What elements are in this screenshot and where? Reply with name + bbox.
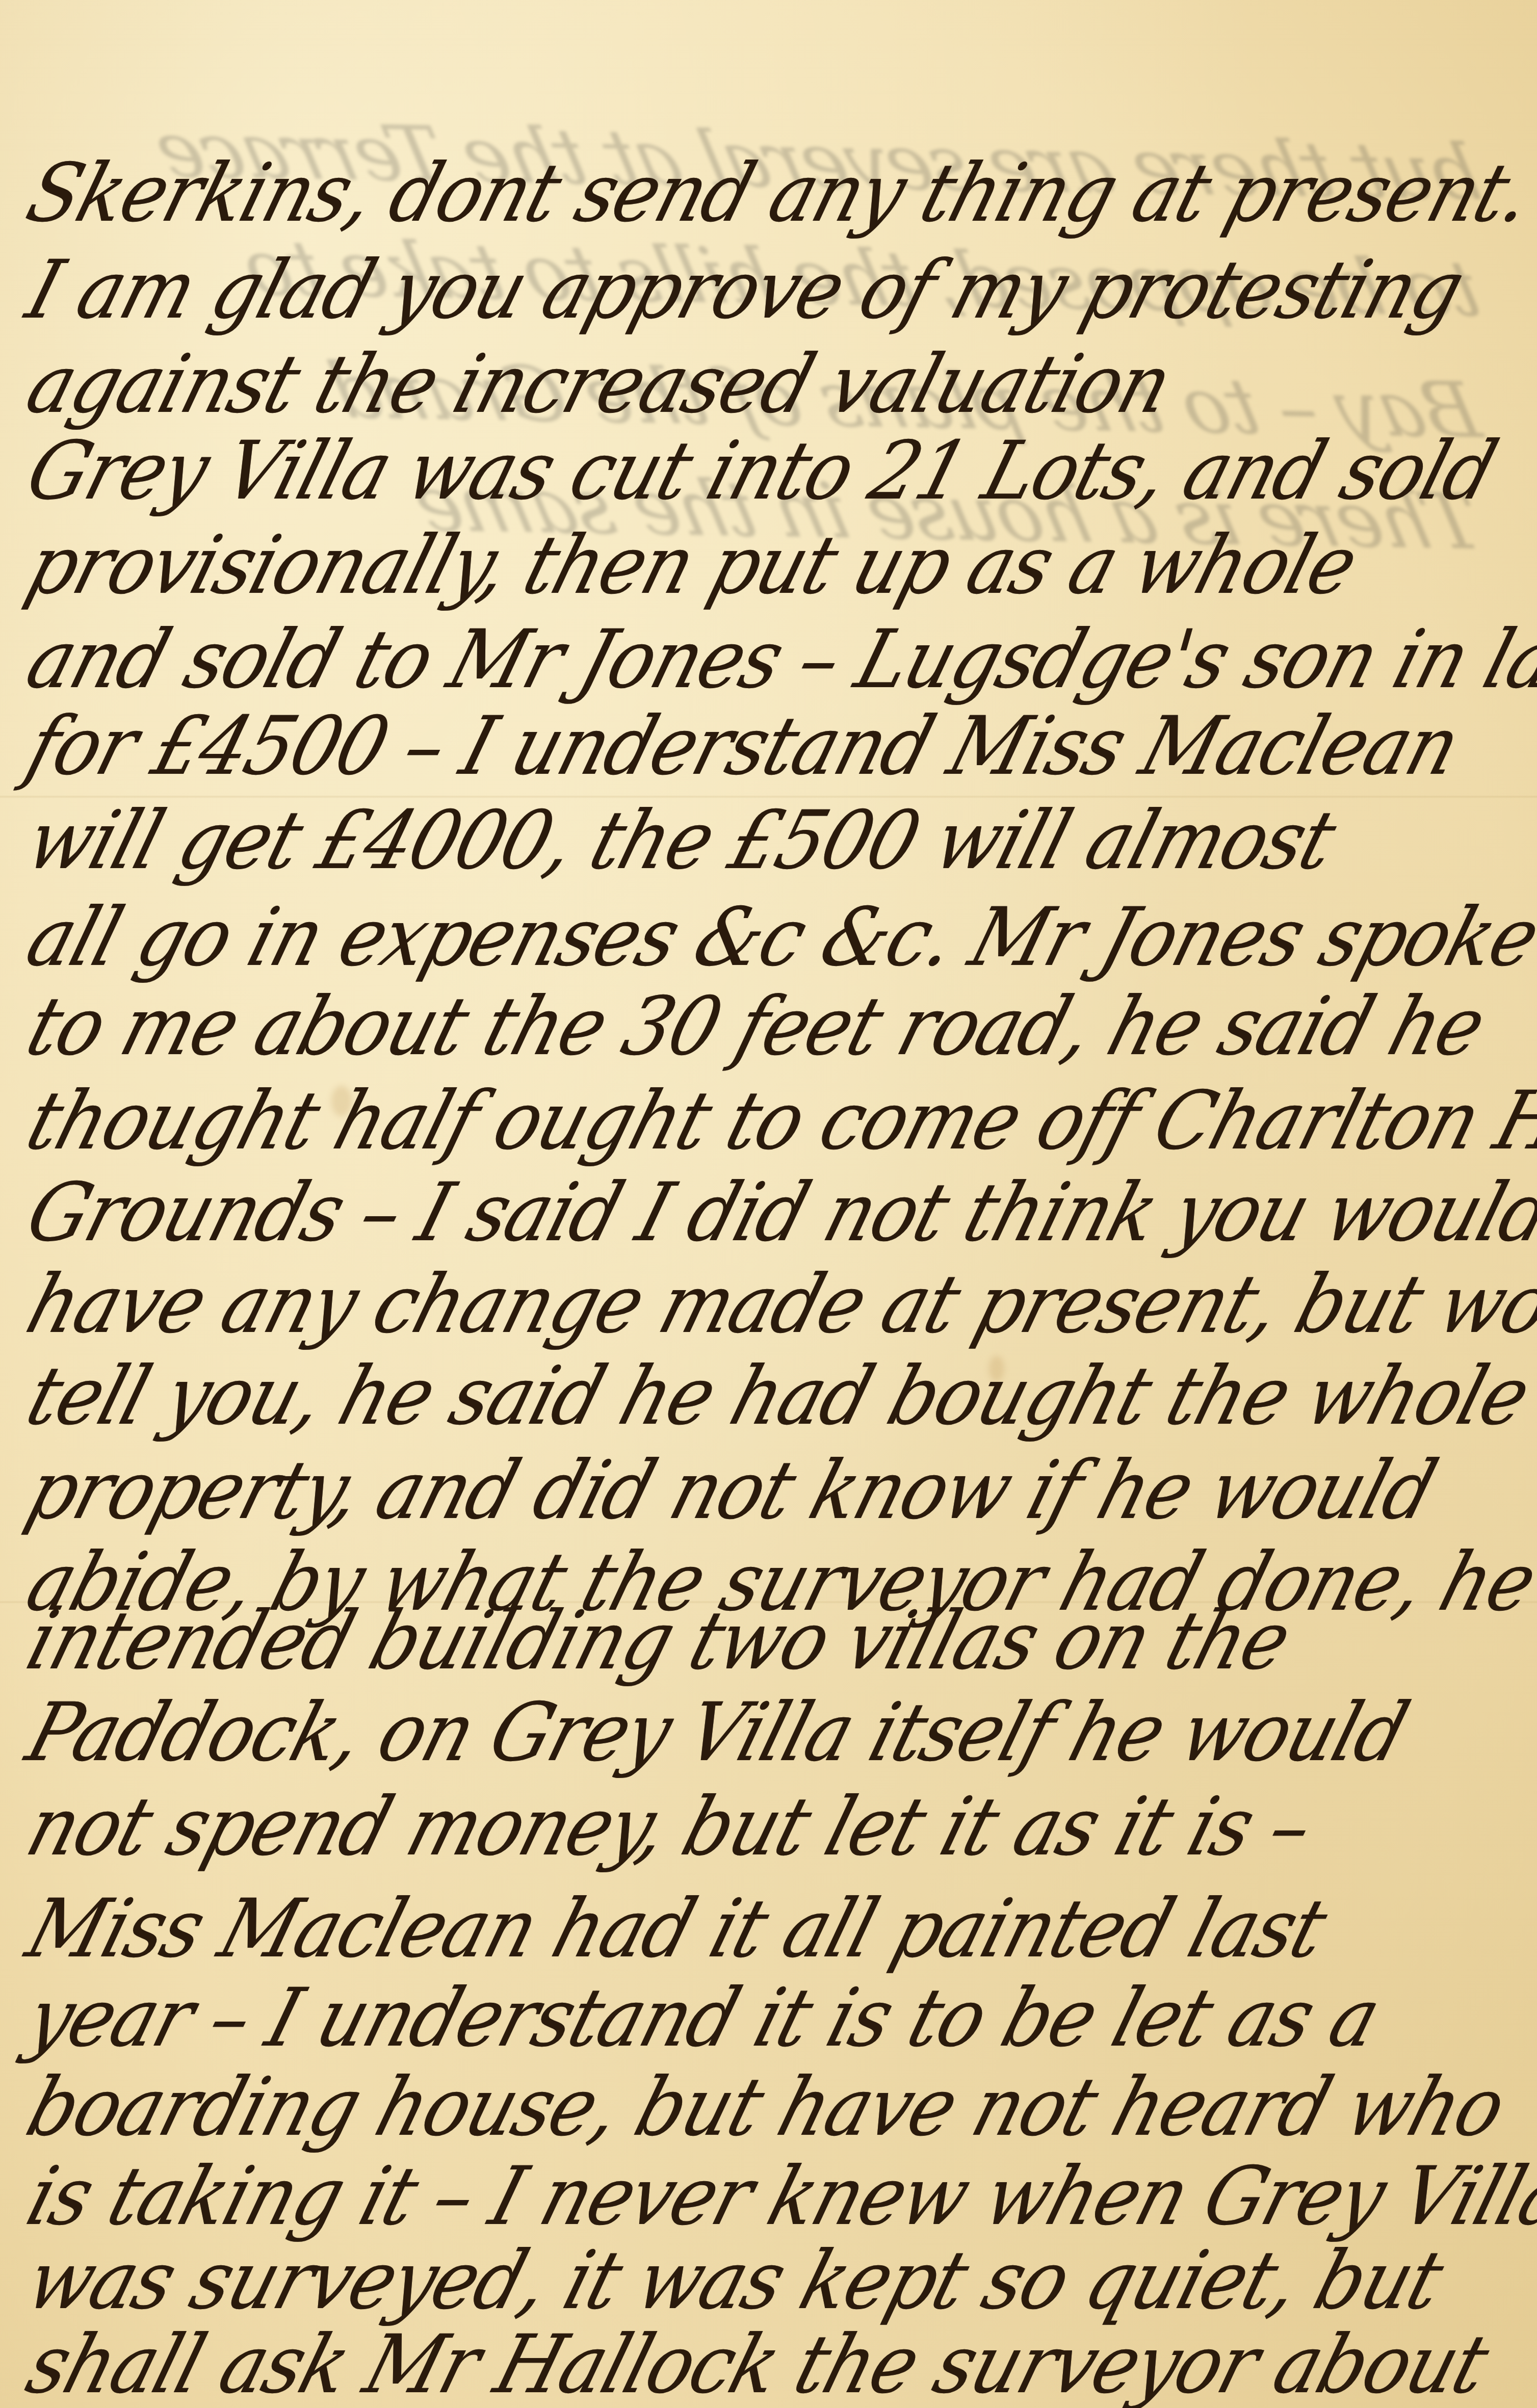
- letter-line: tell you, he said he had bought the whol…: [19, 1356, 1536, 1436]
- letter-line: Paddock, on Grey Villa itself he would: [19, 1692, 1415, 1773]
- letter-line: boarding house, but have not heard who: [19, 2067, 1513, 2148]
- letter-line: for £4500 – I understand Miss Maclean: [19, 706, 1467, 787]
- letter-line: Grey Villa was cut into 21 Lots, and sol…: [19, 431, 1503, 511]
- letter-line: thought half ought to come off Charlton …: [19, 1081, 1537, 1161]
- letter-line: is taking it – I never knew when Grey Vi…: [19, 2156, 1537, 2237]
- letter-line: I am glad you approve of my protesting: [19, 250, 1471, 330]
- letter-line: and sold to Mr Jones – Lugsdge's son in …: [19, 619, 1537, 700]
- letter-line: Miss Maclean had it all painted last: [19, 1889, 1334, 1969]
- letter-line: to me about the 30 feet road, he said he: [19, 986, 1492, 1067]
- letter-line: have any change made at present, but wou…: [19, 1264, 1537, 1345]
- letter-line: intended building two villas on the: [19, 1601, 1297, 1681]
- letter-line: will get £4000, the £500 will almost: [19, 800, 1343, 881]
- letter-line: against the increased valuation: [19, 344, 1179, 425]
- letter-body: Skerkins, dont send any thing at present…: [0, 0, 1537, 2408]
- letter-line: Skerkins, dont send any thing at present…: [19, 153, 1537, 233]
- letter-line: all go in expenses &c &c. Mr Jones spoke: [19, 897, 1537, 978]
- letter-line: shall ask Mr Hallock the surveyor about: [19, 2324, 1495, 2405]
- letter-line: provisionally, then put up as a whole: [19, 525, 1364, 606]
- letter-line: property, and did not know if he would: [19, 1450, 1443, 1531]
- letter-line: year – I understand it is to be let as a: [19, 1978, 1387, 2058]
- letter-line: not spend money, but let it as it is –: [19, 1787, 1319, 1867]
- letter-line: was surveyed, it was kept so quiet, but: [19, 2240, 1450, 2321]
- letter-line: Grounds – I said I did not think you wou…: [19, 1172, 1537, 1253]
- letter-page: but there are several at the Terrace to …: [0, 0, 1537, 2408]
